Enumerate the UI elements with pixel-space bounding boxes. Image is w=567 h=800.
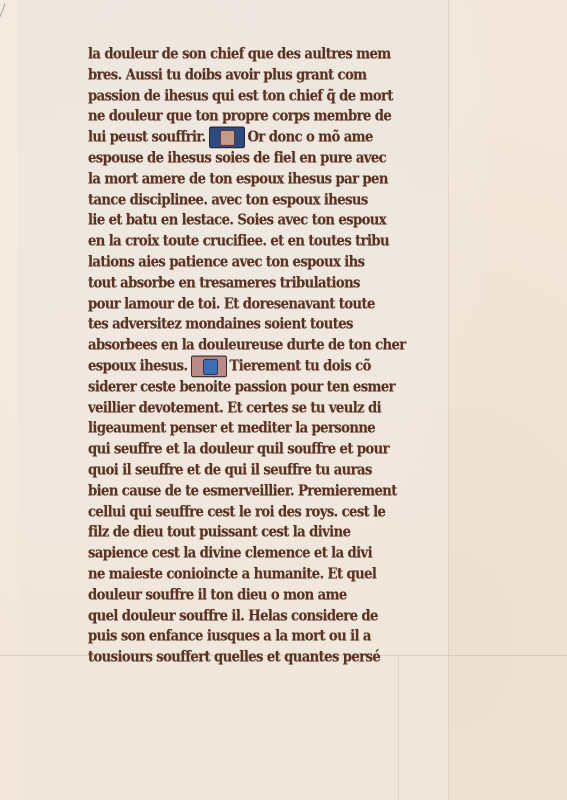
text-fragment: lui peust souffrir. (88, 129, 206, 146)
text-line: tousiours souffert quelles et quantes pe… (88, 647, 418, 671)
parchment-page: la douleur de son chief que des aultres … (0, 0, 567, 800)
illuminated-initial-t (191, 355, 227, 377)
ruling-line-vertical (398, 655, 399, 800)
fold-line (448, 0, 449, 800)
text-fragment: espoux ihesus. (88, 358, 188, 375)
text-fragment: Tierement tu dois cõ (230, 358, 371, 375)
text-fragment: Or donc o mõ ame (248, 129, 373, 146)
corner-mark (0, 3, 11, 19)
illuminated-initial-o (209, 127, 245, 149)
text-column: la douleur de son chief que des aultres … (88, 45, 418, 669)
